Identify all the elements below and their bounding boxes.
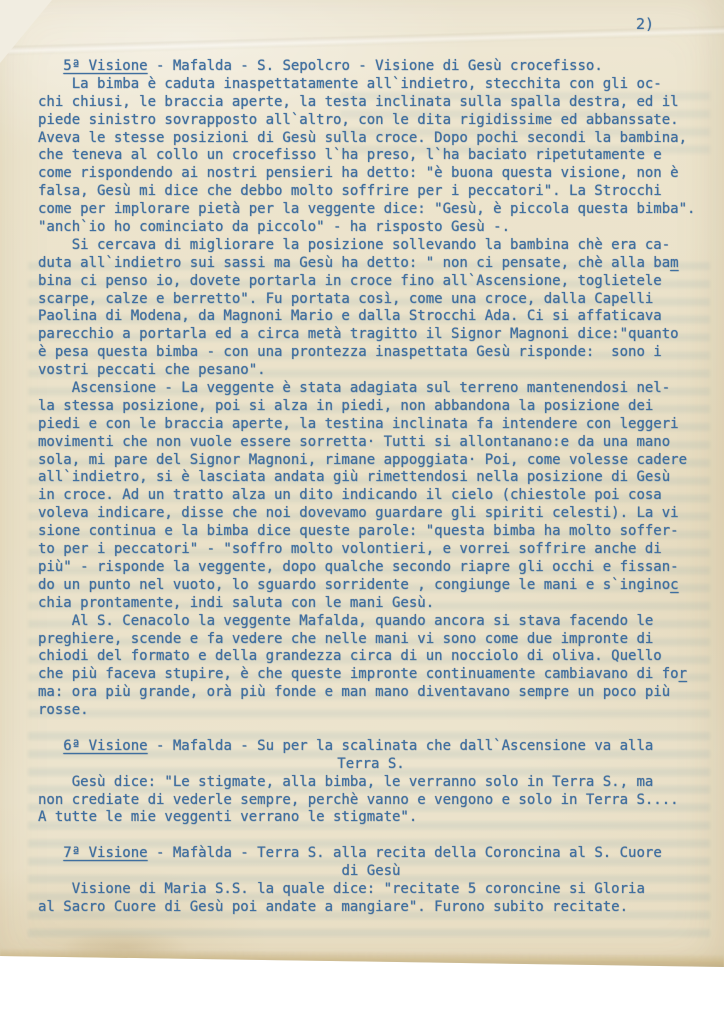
heading-block: 6ª Visione - Mafalda - Su per la scalina…: [38, 738, 704, 774]
paper-sheet: 2) 5ª Visione - Mafalda - S. Sepolcro - …: [0, 0, 724, 975]
text-line: come rispondendo ai nostri pensieri ha d…: [38, 165, 704, 183]
text-line: che più faceva stupire, è che queste imp…: [38, 666, 704, 684]
text-line: La bimba è caduta inaspettatamente all`i…: [38, 76, 704, 94]
text-line: duta all`indietro sui sassi ma Gesù ha d…: [38, 255, 704, 273]
text-line: sione continua e la bimba dice queste pa…: [38, 523, 704, 541]
text-line: Al S. Cenacolo la veggente Mafalda, quan…: [38, 613, 704, 631]
text-line: scarpe, calze e berretto". Fu portata co…: [38, 291, 704, 309]
paragraph-block: Visione di Maria S.S. la quale dice: "re…: [38, 881, 704, 917]
text-line: non crediate di vederle sempre, perchè v…: [38, 792, 704, 810]
text-body: 5ª Visione - Mafalda - S. Sepolcro - Vis…: [38, 58, 704, 917]
text-line: è pesa questa bimba - con una prontezza …: [38, 344, 704, 362]
text-line: A tutte le mie veggenti verrano le stigm…: [38, 809, 704, 827]
paragraph-block: Si cercava di migliorare la posizione so…: [38, 237, 704, 380]
text-line: bina ci penso io, dovete portarla in cro…: [38, 273, 704, 291]
heading-line: Terra S.: [38, 756, 704, 774]
text-line: Gesù dice: "Le stigmate, alla bimba, le …: [38, 774, 704, 792]
underlined-heading-label: 6ª Visione: [63, 738, 147, 754]
text-line: piedi e con le braccia aperte, la testin…: [38, 416, 704, 434]
text-line: la stessa posizione, poi si alza in pied…: [38, 398, 704, 416]
paragraph-block: Ascensione - La veggente è stata adagiat…: [38, 380, 704, 613]
heading-line: 7ª Visione - Mafàlda - Terra S. alla rec…: [38, 845, 704, 863]
text-line: vostri peccati che pesano".: [38, 362, 704, 380]
heading-block: 5ª Visione - Mafalda - S. Sepolcro - Vis…: [38, 58, 704, 76]
text-line: in croce. Ad un tratto alza un dito indi…: [38, 487, 704, 505]
text-line: Aveva le stesse posizioni di Gesù sulla …: [38, 130, 704, 148]
paper-crease: [0, 26, 724, 56]
text-line: parecchio a portarla ed a circa metà tra…: [38, 326, 704, 344]
text-line: Visione di Maria S.S. la quale dice: "re…: [38, 881, 704, 899]
text-line: do un punto nel vuoto, lo sguardo sorrid…: [38, 577, 704, 595]
text-line: più" - risponde la veggente, dopo qualch…: [38, 559, 704, 577]
hyphenation-underscore: m: [670, 255, 678, 271]
text-line: chiodi del formato e della grandezza cir…: [38, 648, 704, 666]
text-line: ma: ora più grande, orà più fonde e man …: [38, 684, 704, 702]
paragraph-block: Al S. Cenacolo la veggente Mafalda, quan…: [38, 613, 704, 720]
scanned-document-page: { "page_number": "2)", "colors": { "ink"…: [0, 0, 724, 1023]
text-line: Paolina di Modena, da Magnoni Mario e da…: [38, 308, 704, 326]
text-line: "anch`io ho cominciato da piccolo" - ha …: [38, 219, 704, 237]
heading-line: di Gesù: [38, 863, 704, 881]
heading-block: 7ª Visione - Mafàlda - Terra S. alla rec…: [38, 845, 704, 881]
heading-line: 5ª Visione - Mafalda - S. Sepolcro - Vis…: [38, 58, 704, 76]
text-line: che teneva al collo un crocefisso l`ha p…: [38, 147, 704, 165]
text-line: all`indietro, si è lasciata andata giù r…: [38, 469, 704, 487]
text-line: Si cercava di migliorare la posizione so…: [38, 237, 704, 255]
paragraph-block: La bimba è caduta inaspettatamente all`i…: [38, 76, 704, 237]
underlined-heading-label: 5ª Visione: [63, 58, 147, 74]
text-line: chia prontamente, indi saluta con le man…: [38, 595, 704, 613]
text-line: piede sinistro sovrapposto all`altro, co…: [38, 112, 704, 130]
text-line: Ascensione - La veggente è stata adagiat…: [38, 380, 704, 398]
text-line: preghiere, scende e fa vedere che nelle …: [38, 631, 704, 649]
heading-line: 6ª Visione - Mafalda - Su per la scalina…: [38, 738, 704, 756]
text-line: movimenti che non vuole essere sorretta·…: [38, 434, 704, 452]
paragraph-block: Gesù dice: "Le stigmate, alla bimba, le …: [38, 774, 704, 828]
text-line: rosse.: [38, 702, 704, 720]
text-line: come per implorare pietà per la veggente…: [38, 201, 704, 219]
text-line: falsa, Gesù mi dice che debbo molto soff…: [38, 183, 704, 201]
page-number: 2): [636, 15, 654, 33]
text-line: al Sacro Cuore di Gesù poi andate a mang…: [38, 899, 704, 917]
text-line: chi chiusi, le braccia aperte, la testa …: [38, 94, 704, 112]
text-line: voleva indicare, disse che noi dovevamo …: [38, 505, 704, 523]
text-line: to per i peccatori" - "soffro molto volo…: [38, 541, 704, 559]
hyphenation-underscore: r: [679, 666, 687, 682]
hyphenation-underscore: c: [670, 577, 678, 593]
underlined-heading-label: 7ª Visione: [63, 845, 147, 861]
text-line: sola, mi pare del Signor Magnoni, rimane…: [38, 452, 704, 470]
